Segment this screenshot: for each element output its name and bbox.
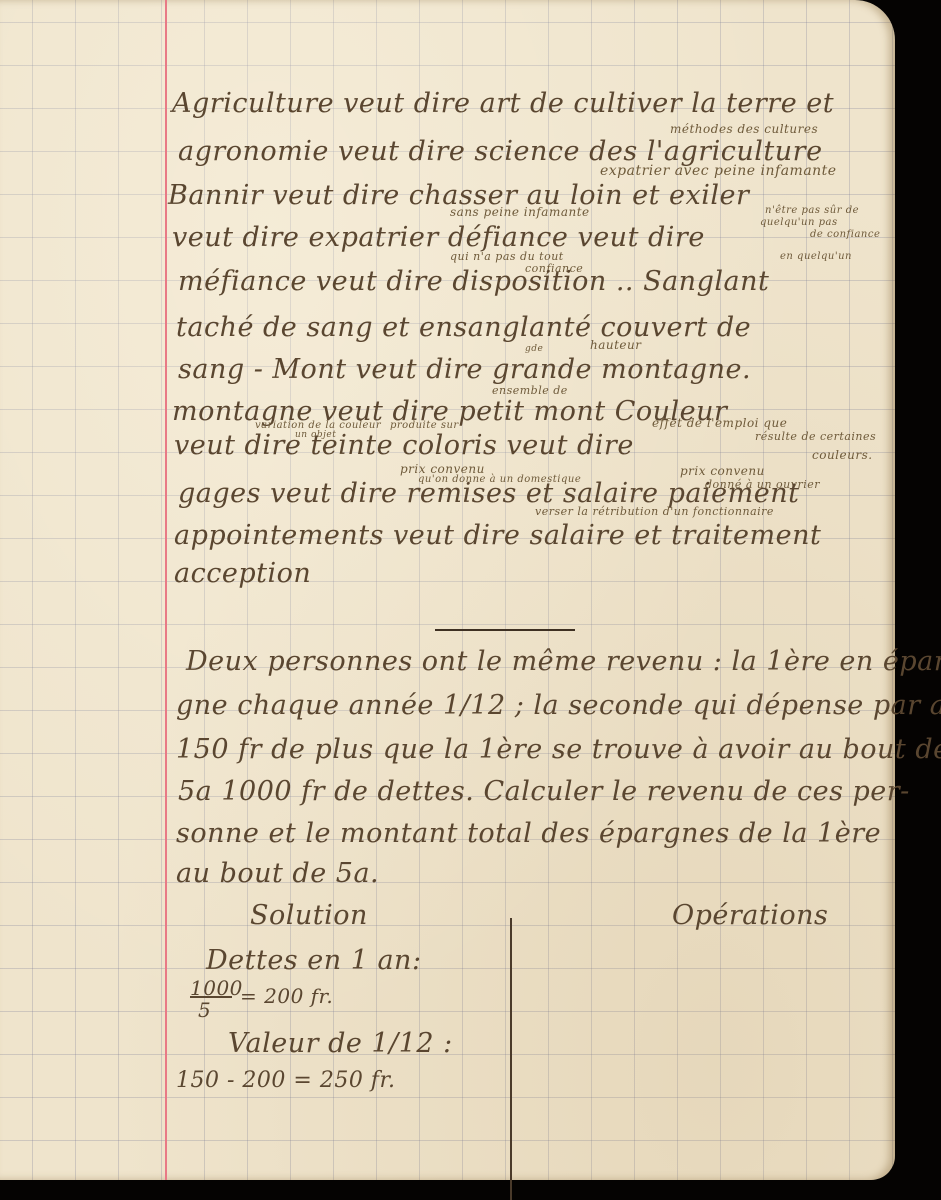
operations-heading: Opérations: [672, 900, 828, 931]
annotation-hauteur: hauteur: [590, 338, 642, 352]
problem-line-6: au bout de 5a.: [176, 858, 379, 889]
annotation-couleurs: couleurs.: [812, 448, 873, 462]
vocab-line-1: Agriculture veut dire art de cultiver la…: [172, 88, 834, 119]
problem-line-2: gne chaque année 1/12 ; la seconde qui d…: [176, 690, 941, 721]
annotation-retribution: verser la rétribution d'un fonctionnaire: [535, 505, 774, 518]
problem-line-5: sonne et le montant total des épargnes d…: [176, 818, 881, 849]
solution-step2-calc: 150 - 200 = 250 fr.: [176, 1068, 396, 1093]
annotation-quelquun-pas: quelqu'un pas: [760, 217, 838, 228]
solution-step1-denominator: 5: [198, 998, 211, 1022]
problem-line-4: 5a 1000 fr de dettes. Calculer le revenu…: [178, 776, 910, 807]
vocab-line-7: sang - Mont veut dire grande montagne.: [178, 354, 751, 385]
annotation-gde: gde: [525, 344, 543, 354]
annotation-de-confiance: de confiance: [810, 229, 880, 240]
vocab-line-6: taché de sang et ensanglanté couvert de: [176, 312, 751, 343]
vocab-line-4: veut dire expatrier défiance veut dire: [172, 222, 705, 253]
solution-step1-label: Dettes en 1 an:: [206, 945, 422, 976]
annotation-effet-emploi: effet de l'emploi que: [652, 416, 787, 430]
annotation-prix-convenu-2: prix convenu: [680, 464, 765, 478]
notebook-page: Agriculture veut dire art de cultiver la…: [0, 0, 895, 1180]
problem-line-3: 150 fr de plus que la 1ère se trouve à a…: [176, 734, 941, 765]
solution-step1-result: = 200 fr.: [240, 984, 333, 1008]
margin-line: [165, 0, 167, 1180]
solution-step2-label: Valeur de 1/12 :: [228, 1028, 453, 1059]
problem-line-1: Deux personnes ont le même revenu : la 1…: [186, 646, 941, 677]
column-divider: [510, 918, 512, 1200]
annotation-netre-pas-sur: n'être pas sûr de: [765, 205, 859, 216]
solution-heading: Solution: [250, 900, 368, 931]
vocab-line-11: appointements veut dire salaire et trait…: [174, 520, 821, 551]
annotation-sans-peine: sans peine infamante: [450, 205, 590, 219]
vocab-line-5: méfiance veut dire disposition .. Sangla…: [178, 266, 769, 297]
vocab-line-9: veut dire teinte coloris veut dire: [174, 430, 634, 461]
vocab-line-12: acception: [174, 558, 311, 589]
annotation-resulte-certaines: résulte de certaines: [755, 430, 876, 443]
annotation-en-quelquun: en quelqu'un: [780, 251, 852, 262]
annotation-methodes: méthodes des cultures: [670, 122, 818, 136]
section-divider: [435, 629, 575, 631]
annotation-expatrier-peine: expatrier avec peine infamante: [600, 163, 837, 179]
